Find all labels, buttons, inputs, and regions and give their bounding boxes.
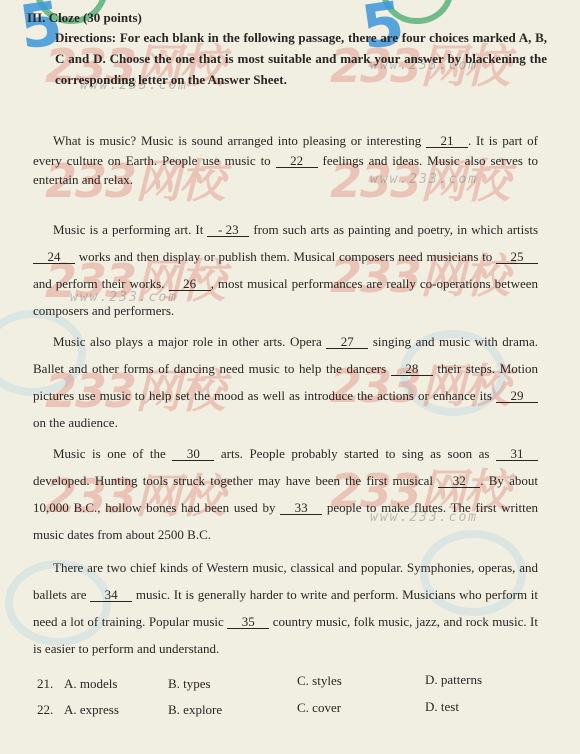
blank-24[interactable]: 24	[33, 250, 75, 264]
blank-31[interactable]: 31	[496, 447, 538, 461]
passage-text: arts. People probably started to sing as…	[214, 446, 496, 461]
directions-text: Directions: For each blank in the follow…	[55, 27, 547, 90]
option-a[interactable]: A. express	[64, 702, 119, 718]
blank-30[interactable]: 30	[172, 447, 214, 461]
passage-paragraph-3: Music also plays a major role in other a…	[33, 328, 538, 436]
option-b[interactable]: B. types	[168, 676, 211, 692]
passage-paragraph-5: There are two chief kinds of Western mus…	[33, 554, 538, 662]
option-c[interactable]: C. cover	[297, 700, 341, 716]
blank-35[interactable]: 35	[227, 615, 269, 629]
blank-29[interactable]: 29	[496, 389, 538, 403]
passage-paragraph-1: What is music? Music is sound arranged i…	[33, 131, 538, 190]
passage-text: from such arts as painting and poetry, i…	[249, 222, 538, 237]
passage-text: on the audience.	[33, 415, 118, 430]
blank-25[interactable]: 25	[496, 250, 538, 264]
blank-28[interactable]: 28	[391, 362, 433, 376]
passage-text: Music also plays a major role in other a…	[53, 334, 326, 349]
blank-23[interactable]: - 23	[207, 223, 249, 237]
question-number: 22.	[37, 702, 53, 718]
passage-text: and perform their works.	[33, 276, 169, 291]
option-b[interactable]: B. explore	[168, 702, 222, 718]
passage-paragraph-4: Music is one of the 30 arts. People prob…	[33, 440, 538, 548]
option-a[interactable]: A. models	[64, 676, 117, 692]
passage-text: Music is one of the	[53, 446, 172, 461]
blank-27[interactable]: 27	[326, 335, 368, 349]
blank-26[interactable]: 26	[169, 277, 211, 291]
blank-22[interactable]: 22	[276, 154, 318, 168]
blank-33[interactable]: 33	[280, 501, 322, 515]
option-c[interactable]: C. styles	[297, 673, 342, 689]
passage-text: What is music? Music is sound arranged i…	[53, 133, 426, 148]
section-title: III. Cloze (30 points)	[27, 10, 142, 26]
passage-text: Music is a performing art. It	[53, 222, 207, 237]
passage-text: works and then display or publish them. …	[75, 249, 496, 264]
option-d[interactable]: D. patterns	[425, 672, 482, 688]
option-d[interactable]: D. test	[425, 699, 459, 715]
blank-34[interactable]: 34	[90, 588, 132, 602]
passage-text: developed. Hunting tools struck together…	[33, 473, 438, 488]
exam-page: 5 5 233网校 233网校 www.233.com www.233.com …	[0, 0, 580, 754]
blank-21[interactable]: 21	[426, 134, 468, 148]
passage-paragraph-2: Music is a performing art. It - 23 from …	[33, 216, 538, 324]
blank-32[interactable]: 32	[438, 474, 480, 488]
question-number: 21.	[37, 676, 53, 692]
